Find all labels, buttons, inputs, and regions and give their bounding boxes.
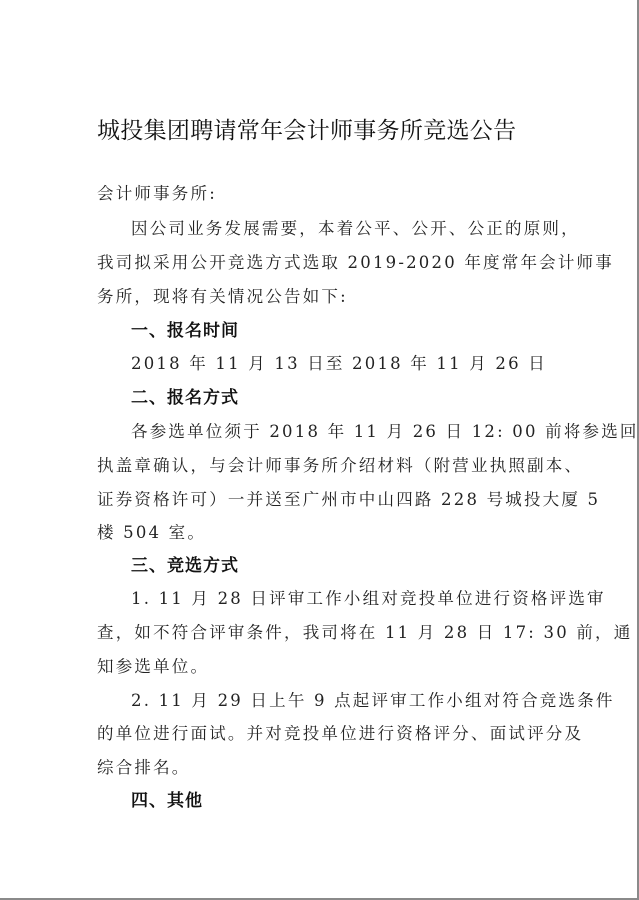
registration-method-line-1: 各参选单位须于 2018 年 11 月 26 日 12: 00 前将参选回 [131, 418, 639, 442]
section-heading-registration-time: 一、报名时间 [131, 316, 239, 341]
registration-dates: 2018 年 11 月 13 日至 2018 年 11 月 26 日 [131, 350, 547, 374]
intro-line-1: 因公司业务发展需要，本着公平、公开、公正的原则， [131, 215, 580, 239]
registration-method-line-2: 执盖章确认，与会计师事务所介绍材料（附营业执照副本、 [97, 452, 583, 476]
selection-method-line-6: 综合排名。 [97, 754, 191, 778]
selection-method-line-5: 的单位进行面试。并对竞投单位进行资格评分、面试评分及 [97, 720, 583, 744]
registration-method-line-4: 楼 504 室。 [97, 519, 206, 543]
intro-line-2: 我司拟采用公开竞选方式选取 2019-2020 年度常年会计师事 [97, 249, 614, 273]
section-heading-registration-method: 二、报名方式 [131, 383, 239, 408]
salutation: 会计师事务所: [97, 180, 217, 204]
registration-method-line-3: 证券资格许可）一并送至广州市中山四路 228 号城投大厦 5 [97, 486, 600, 510]
section-heading-other: 四、其他 [131, 786, 203, 811]
selection-method-line-4: 2. 11 月 29 日上午 9 点起评审工作小组对符合竞选条件 [131, 687, 615, 711]
intro-line-3: 务所，现将有关情况公告如下: [97, 283, 348, 307]
selection-method-line-3: 知参选单位。 [97, 653, 209, 677]
document-title: 城投集团聘请常年会计师事务所竞选公告 [97, 112, 516, 145]
selection-method-line-2: 查，如不符合评审条件，我司将在 11 月 28 日 17: 30 前，通 [97, 619, 632, 643]
section-heading-selection-method: 三、竞选方式 [131, 551, 239, 576]
document-page: 城投集团聘请常年会计师事务所竞选公告 会计师事务所: 因公司业务发展需要，本着公… [0, 0, 639, 900]
selection-method-line-1: 1. 11 月 28 日评审工作小组对竞投单位进行资格评选审 [131, 585, 606, 609]
